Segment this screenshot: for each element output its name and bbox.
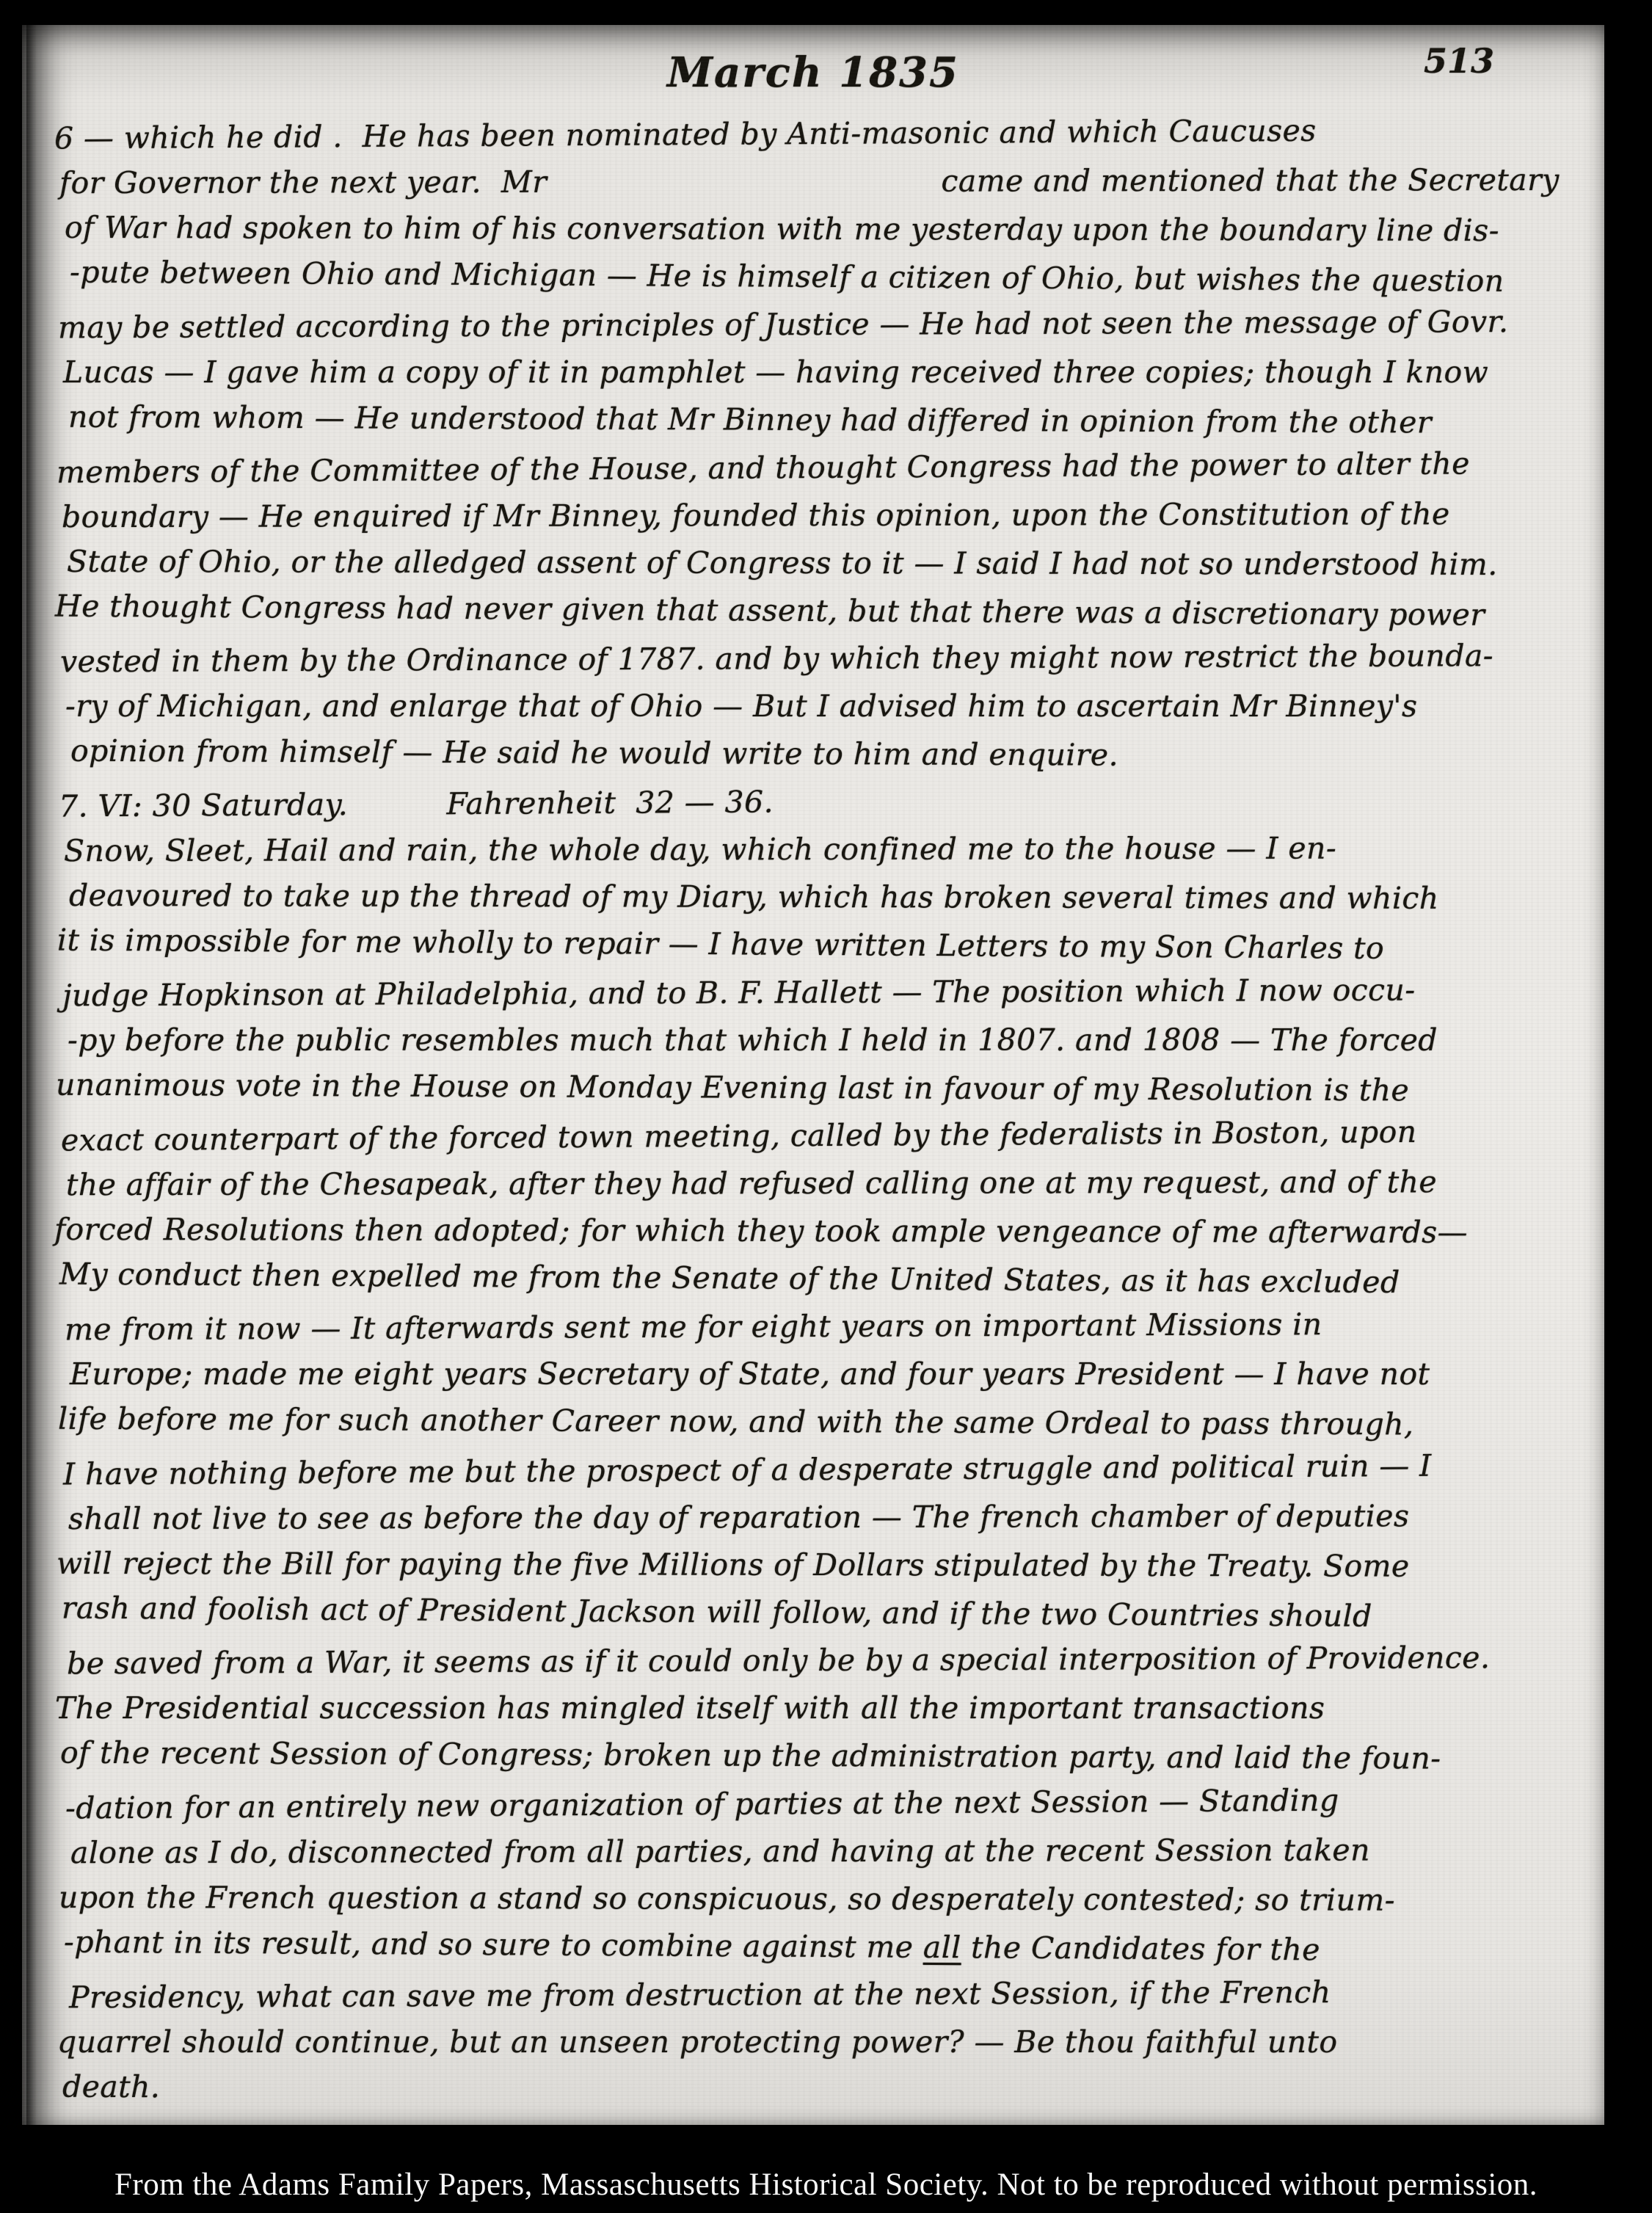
manuscript-paper: March 1835 513 6 — which he did . He has… xyxy=(22,25,1604,2125)
credit-caption-bar: From the Adams Family Papers, Massaschus… xyxy=(0,2125,1652,2213)
manuscript-line: not from whom — He understood that Mr Bi… xyxy=(68,393,1579,448)
manuscript-line: 6 — which he did . He has been nominated… xyxy=(54,105,1579,162)
manuscript-line: -py before the public resembles much tha… xyxy=(68,1017,1579,1064)
manuscript-line: quarrel should continue, but an unseen p… xyxy=(57,2018,1579,2066)
manuscript-line: rash and foolish act of President Jackso… xyxy=(62,1585,1579,1642)
manuscript-line: State of Ohio, or the alledged assent of… xyxy=(67,538,1579,589)
manuscript-line: deavoured to take up the thread of my Di… xyxy=(69,872,1579,923)
manuscript-line: boundary — He enquired if Mr Binney, fou… xyxy=(62,490,1579,541)
manuscript-line: opinion from himself — He said he would … xyxy=(70,727,1579,782)
page-number: 513 xyxy=(1424,41,1494,81)
manuscript-line: shall not live to see as before the day … xyxy=(68,1492,1579,1543)
manuscript-line: My conduct then expelled me from the Sen… xyxy=(59,1250,1579,1307)
manuscript-line: may be settled according to the principl… xyxy=(58,298,1579,352)
manuscript-line: The Presidential succession has mingled … xyxy=(55,1685,1579,1732)
scanned-diary-page: { "colors": { "frame": "#000000", "paper… xyxy=(0,0,1652,2213)
manuscript-line: life before me for such another Career n… xyxy=(58,1395,1579,1450)
manuscript-line: me from it now — It afterwards sent me f… xyxy=(65,1300,1579,1354)
manuscript-line: unanimous vote in the House on Monday Ev… xyxy=(56,1061,1579,1116)
manuscript-line: -phant in its result, and so sure to com… xyxy=(64,1919,1579,1976)
manuscript-line: I have nothing before me but the prospec… xyxy=(63,1442,1579,1499)
manuscript-line: forced Resolutions then adopted; for whi… xyxy=(54,1206,1579,1257)
manuscript-line: Europe; made me eight years Secretary of… xyxy=(70,1351,1579,1398)
manuscript-line: will reject the Bill for paying the five… xyxy=(57,1540,1579,1591)
manuscript-line: death. xyxy=(62,2063,1579,2118)
manuscript-line: of War had spoken to him of his conversa… xyxy=(65,204,1579,255)
manuscript-line: be saved from a War, it seems as if it c… xyxy=(67,1634,1579,1688)
manuscript-line: He thought Congress had never given that… xyxy=(55,582,1579,639)
manuscript-line: vested in them by the Ordinance of 1787.… xyxy=(60,632,1579,686)
manuscript-line: exact counterpart of the forced town mee… xyxy=(61,1108,1579,1165)
manuscript-line: it is impossible for me wholly to repair… xyxy=(57,916,1579,973)
credit-caption-text: From the Adams Family Papers, Massaschus… xyxy=(114,2167,1538,2213)
page-heading-date: March 1835 xyxy=(22,48,1604,97)
manuscript-line: of the recent Session of Congress; broke… xyxy=(60,1729,1579,1784)
manuscript-line: Lucas — I gave him a copy of it in pamph… xyxy=(63,349,1579,396)
manuscript-line: members of the Committee of the House, a… xyxy=(57,439,1579,496)
manuscript-line: the affair of the Chesapeak, after they … xyxy=(66,1158,1579,1209)
manuscript-line: Snow, Sleet, Hail and rain, the whole da… xyxy=(64,824,1579,875)
manuscript-line: Presidency, what can save me from destru… xyxy=(69,1968,1579,2022)
manuscript-line: alone as I do, disconnected from all par… xyxy=(70,1826,1579,1877)
manuscript-line: upon the French question a stand so cons… xyxy=(59,1874,1579,1925)
manuscript-line: -dation for an entirely new organization… xyxy=(65,1776,1579,1833)
manuscript-line: for Governor the next year. Mr came and … xyxy=(59,156,1579,207)
manuscript-line: 7. VI: 30 Saturday. Fahrenheit 32 — 36. xyxy=(59,773,1579,830)
manuscript-line: -ry of Michigan, and enlarge that of Ohi… xyxy=(65,683,1579,730)
manuscript-text-block: 6 — which he did . He has been nominated… xyxy=(54,110,1579,2114)
manuscript-line: judge Hopkinson at Philadelphia, and to … xyxy=(62,966,1579,1020)
manuscript-line: -pute between Ohio and Michigan — He is … xyxy=(70,249,1579,306)
